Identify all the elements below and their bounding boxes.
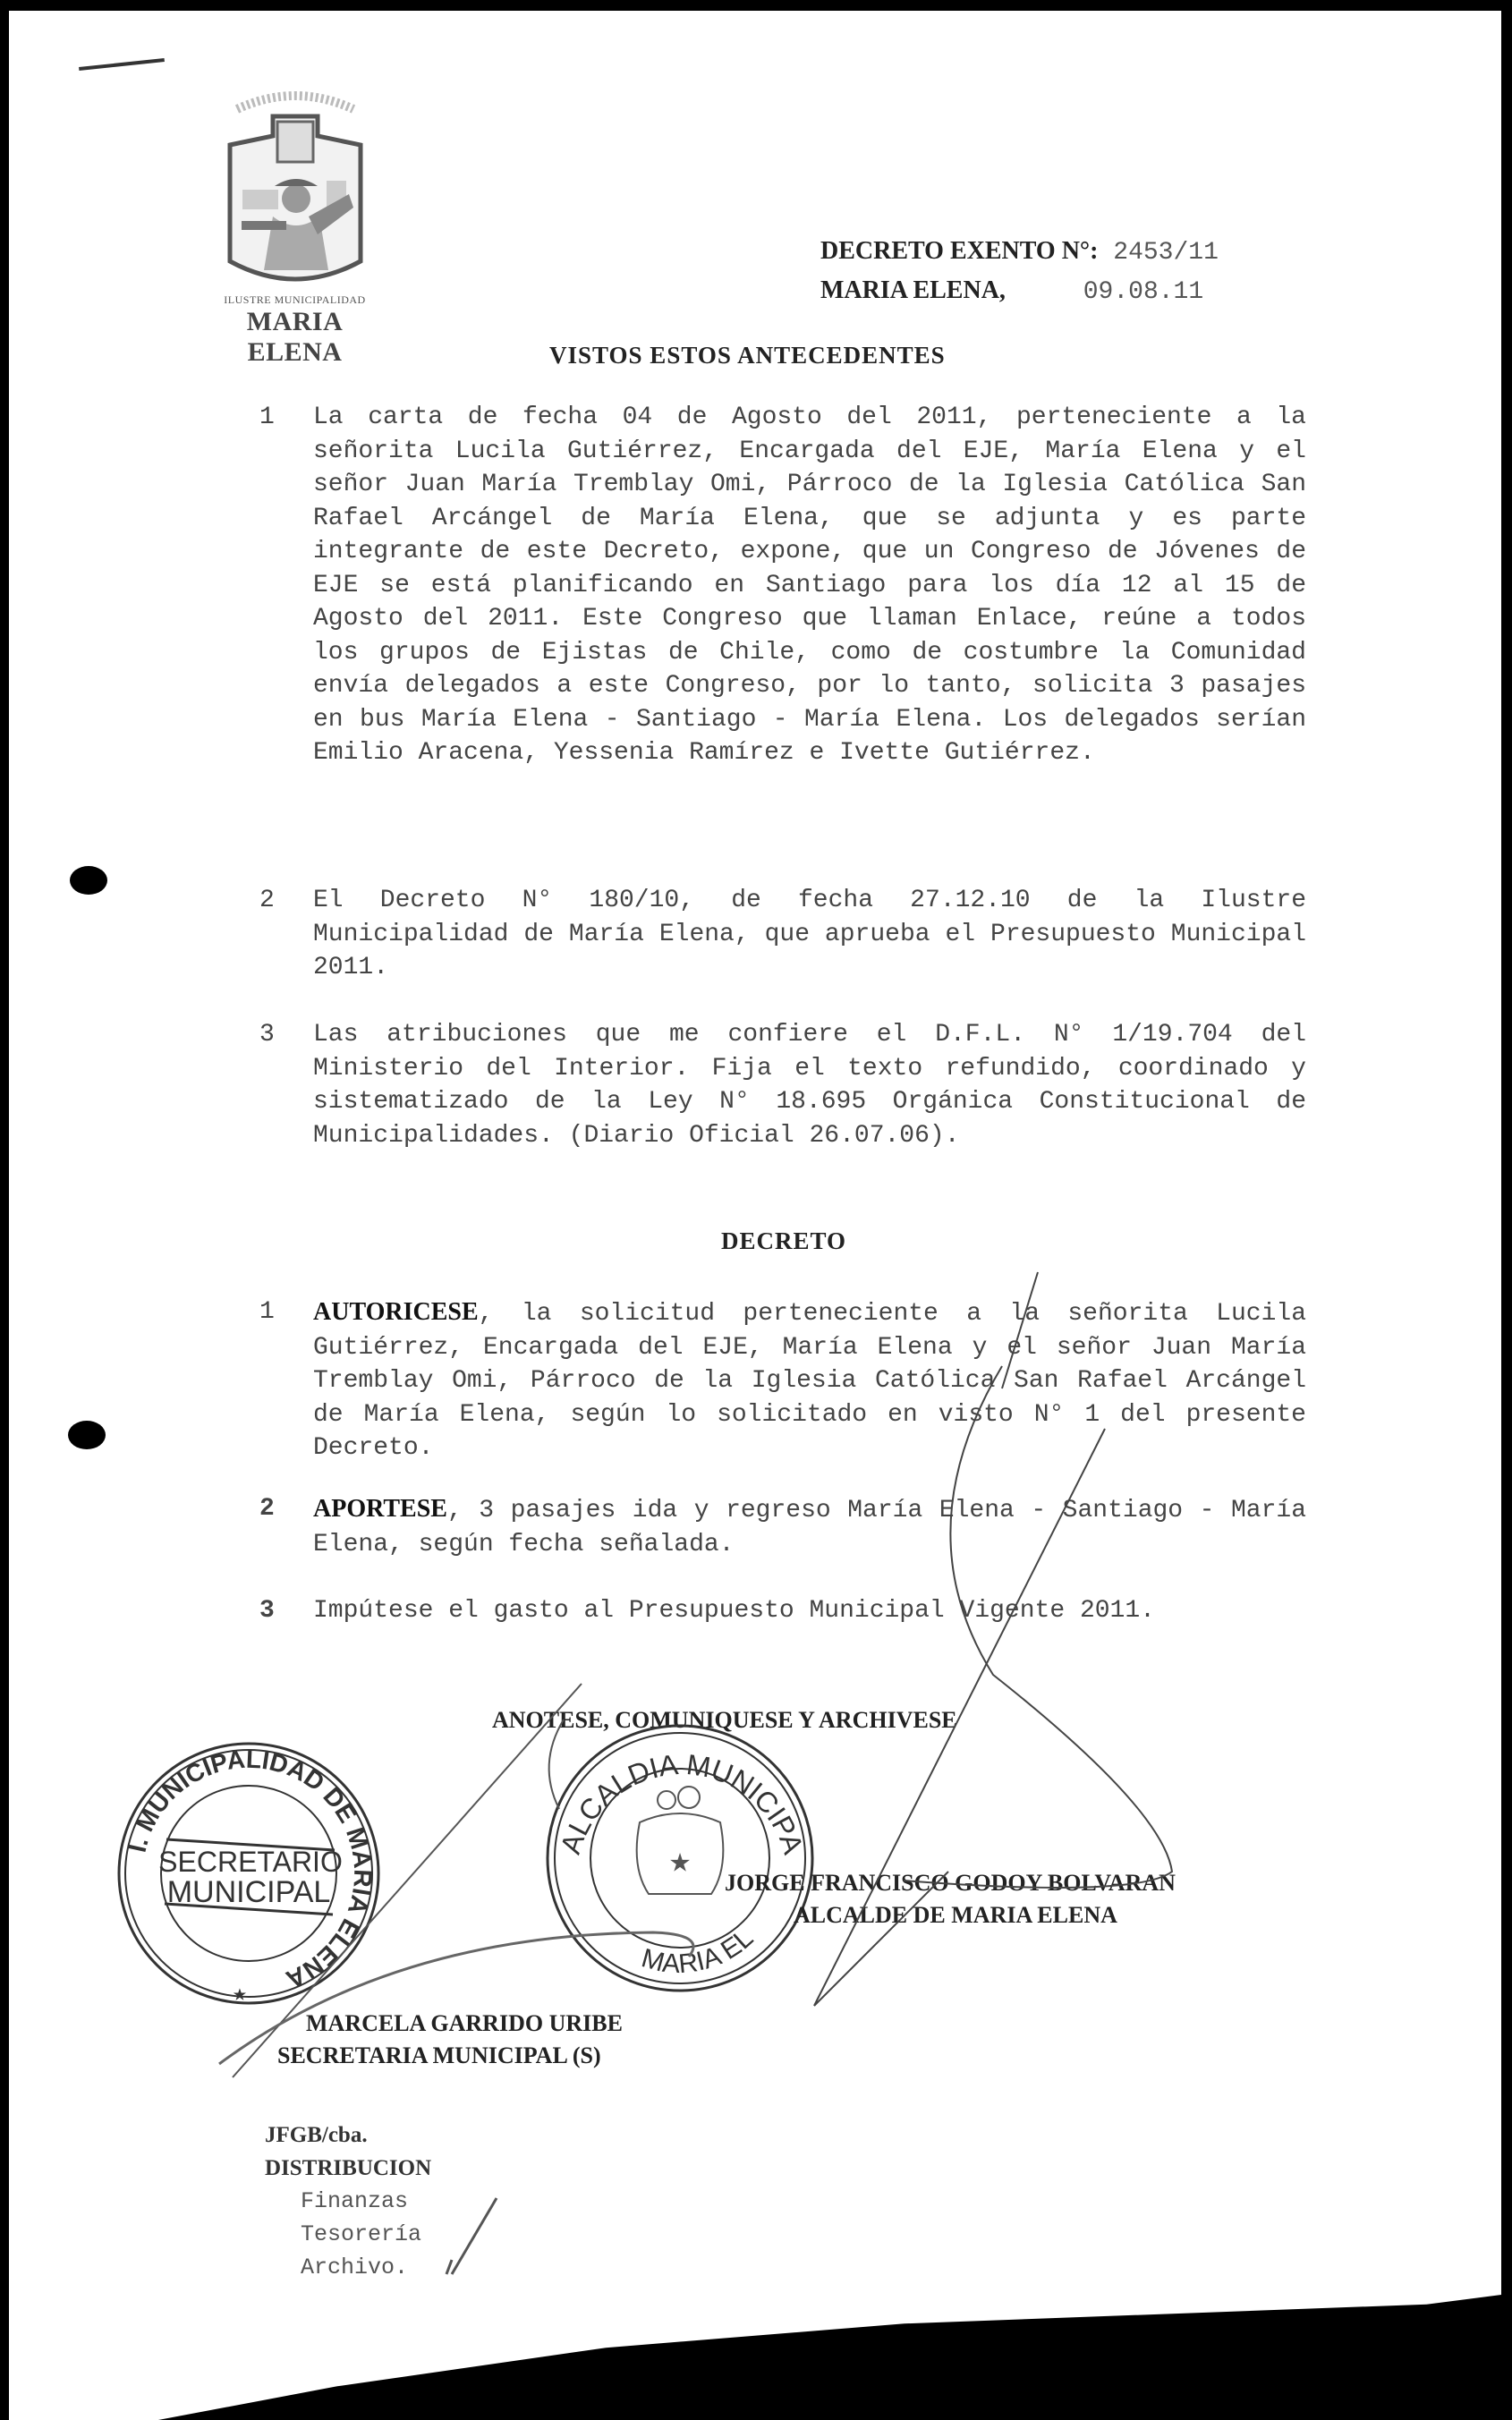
decree-number: 2453/11	[1113, 239, 1219, 267]
municipality-logo: ILUSTRE MUNICIPALIDAD MARIA ELENA	[208, 91, 382, 360]
secretary-title: SECRETARIA MUNICIPAL (S)	[277, 2040, 623, 2072]
item-text: Las atribuciones que me confiere el D.F.…	[313, 1018, 1306, 1152]
scan-artifact-mark	[79, 58, 165, 71]
place-label: MARIA ELENA,	[820, 276, 1006, 304]
item-text: , 3 pasajes ida y regreso María Elena - …	[313, 1497, 1306, 1558]
punch-hole	[68, 1421, 106, 1449]
item-number: 3	[259, 1594, 295, 1628]
item-number: 2	[259, 884, 295, 918]
decreto-heading: DECRETO	[721, 1227, 846, 1255]
mayor-stamp: ALCALDIA MUNICIPAL MARIA ELENA ★	[541, 1715, 819, 1992]
distribution-item: Finanzas	[265, 2185, 431, 2218]
decreto-item: 3 Impútese el gasto al Presupuesto Munic…	[259, 1594, 1306, 1628]
visto-item: 2 El Decreto N° 180/10, de fecha 27.12.1…	[259, 884, 1306, 985]
secretary-signature-block: MARCELA GARRIDO URIBE SECRETARIA MUNICIP…	[277, 2008, 623, 2072]
decree-number-label: DECRETO EXENTO N°:	[820, 237, 1098, 265]
mayor-name: JORGE FRANCISCO GODOY BOLVARAN	[725, 1867, 1176, 1899]
item-text: El Decreto N° 180/10, de fecha 27.12.10 …	[313, 884, 1306, 985]
checkmark-icon	[434, 2194, 505, 2283]
decreto-item: 1 AUTORICESE, la solicitud perteneciente…	[259, 1295, 1306, 1465]
item-number: 1	[259, 401, 295, 435]
item-text: La carta de fecha 04 de Agosto del 2011,…	[313, 401, 1306, 770]
secretary-stamp-line2: MUNICIPAL	[167, 1875, 331, 1909]
item-number: 1	[259, 1295, 295, 1329]
scanned-page: ILUSTRE MUNICIPALIDAD MARIA ELENA DECRET…	[9, 11, 1501, 2420]
municipal-coat-of-arms-icon	[219, 91, 371, 288]
star-icon: ★	[233, 1981, 247, 2008]
mayor-stamp-ring-top: ALCALDIA MUNICIPAL	[541, 1715, 810, 1858]
item-number: 3	[259, 1018, 295, 1052]
visto-item: 3 Las atribuciones que me confiere el D.…	[259, 1018, 1306, 1152]
reference-initials: JFGB/cba.	[265, 2119, 431, 2152]
distribution-title: DISTRIBUCION	[265, 2152, 431, 2185]
visto-item: 1 La carta de fecha 04 de Agosto del 201…	[259, 401, 1306, 770]
secretary-stamp: I. MUNICIPALIDAD DE MARIA ELENA SECRETAR…	[115, 1739, 383, 2008]
decree-date: 09.08.11	[1083, 278, 1203, 306]
svg-text:ALCALDIA MUNICIPAL: ALCALDIA MUNICIPAL	[541, 1715, 810, 1858]
distribution-item: Archivo.	[265, 2251, 431, 2284]
secretary-stamp-line1: SECRETARIO	[158, 1846, 343, 1878]
secretary-name: MARCELA GARRIDO URIBE	[277, 2008, 623, 2040]
item-text: Impútese el gasto al Presupuesto Municip…	[313, 1597, 1155, 1625]
mayor-title: ALCALDE DE MARIA ELENA	[725, 1899, 1176, 1932]
logo-name: MARIA ELENA	[208, 307, 382, 368]
handwritten-signatures	[9, 11, 1501, 2420]
item-verb: APORTESE	[313, 1495, 447, 1523]
decreto-item: 2 APORTESE, 3 pasajes ida y regreso Marí…	[259, 1492, 1306, 1561]
item-verb: AUTORICESE	[313, 1298, 479, 1326]
decree-header: DECRETO EXENTO N°: 2453/11 MARIA ELENA, …	[820, 233, 1219, 311]
distribution-block: JFGB/cba. DISTRIBUCION Finanzas Tesorerí…	[265, 2119, 431, 2284]
svg-text:★: ★	[669, 1843, 691, 1883]
distribution-item: Tesorería	[265, 2218, 431, 2251]
item-number: 2	[259, 1492, 295, 1526]
logo-subtitle: ILUSTRE MUNICIPALIDAD	[208, 293, 382, 307]
chilean-coat-of-arms-icon: ★	[637, 1787, 724, 1894]
punch-hole	[70, 866, 107, 895]
vistos-heading: VISTOS ESTOS ANTECEDENTES	[549, 342, 946, 369]
mayor-signature-block: JORGE FRANCISCO GODOY BOLVARAN ALCALDE D…	[725, 1867, 1176, 1932]
